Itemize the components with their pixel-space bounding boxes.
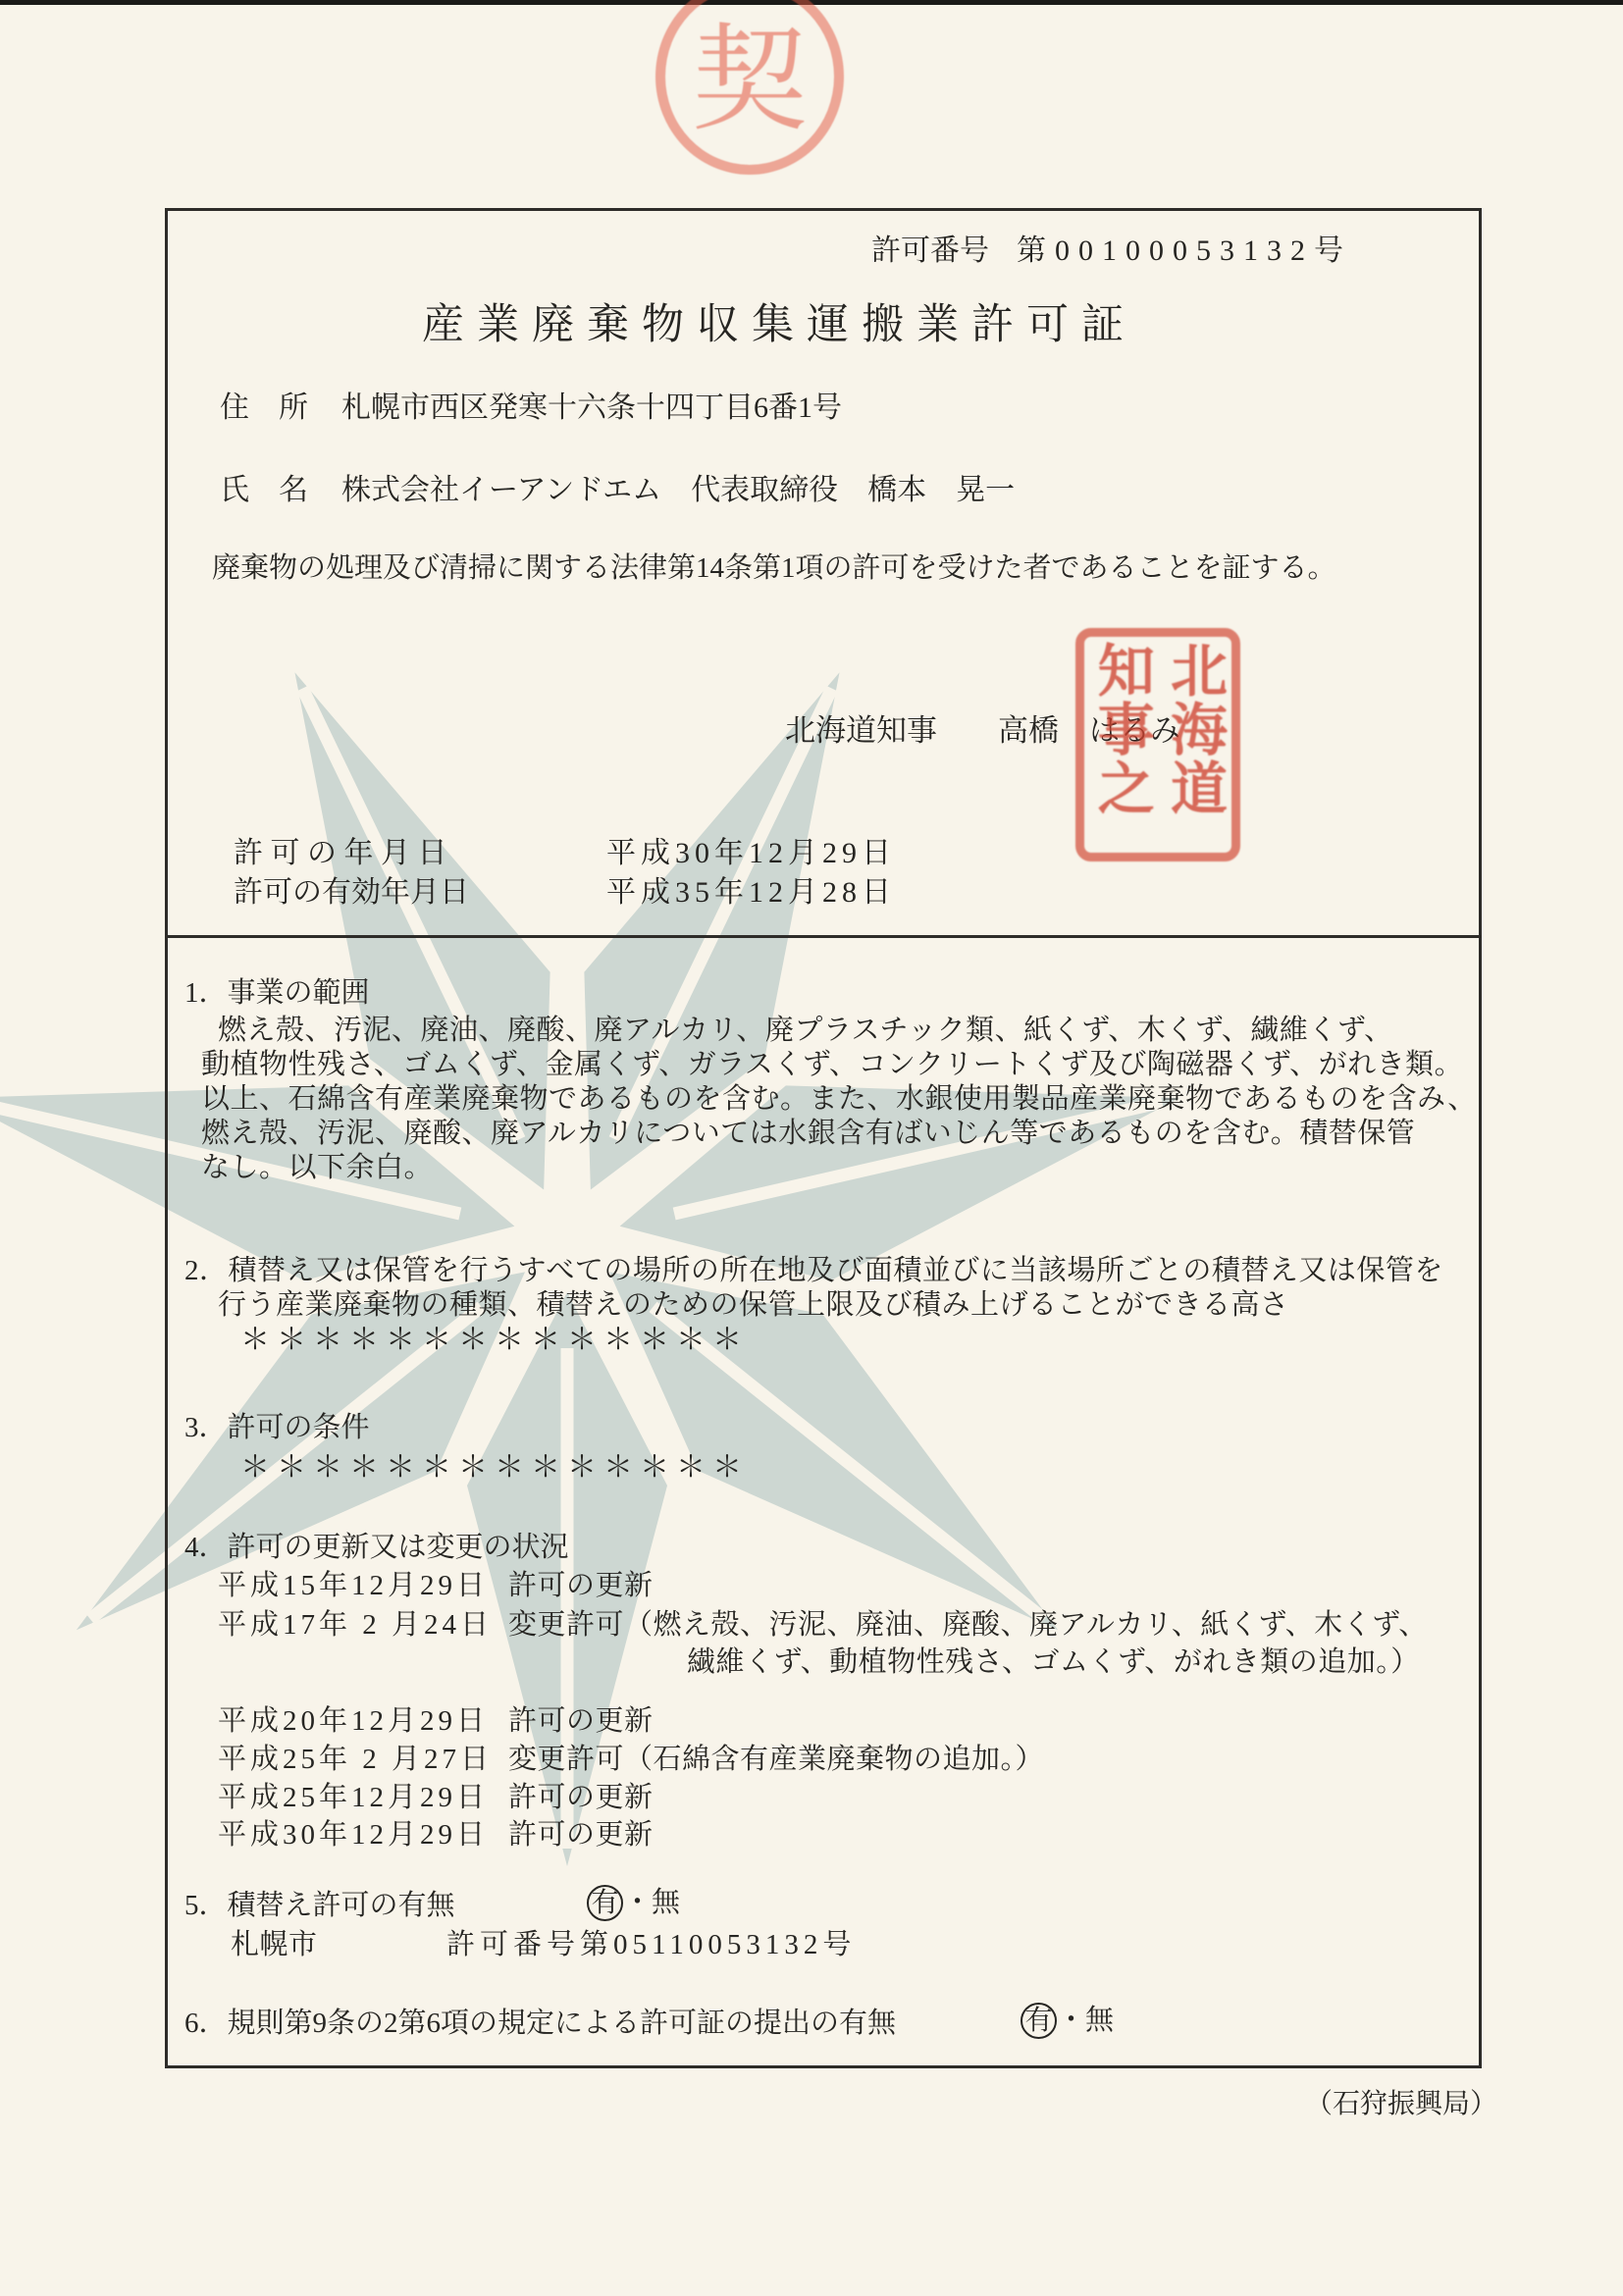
section2-line2: 行う産業廃棄物の種類、積替えのための保管上限及び積み上げることができる高さ — [218, 1288, 1289, 1323]
history-desc: 許可の更新 — [508, 1818, 654, 1852]
section1-line: 燃え殻、汚泥、廃酸、廃アルカリについては水銀含有ばいじん等であるものを含む。積替… — [201, 1117, 1415, 1151]
address-value: 札幌市西区発寒十六条十四丁目6番1号 — [341, 391, 842, 424]
no-option: 無 — [1085, 2004, 1114, 2038]
history-desc: 変更許可（燃え殻、汚泥、廃油、廃酸、廃アルカリ、紙くず、木くず、 — [508, 1608, 1428, 1643]
permit-document-page: 契 許可番号第00100053132号 産業廃棄物収集運搬業許可証 住 所札幌市… — [0, 0, 1623, 2296]
history-desc-continuation: 繊維くず、動植物性残さ、ゴムくず、がれき類の追加。） — [687, 1645, 1420, 1680]
history-date: 平成15年12月29日 — [218, 1569, 489, 1603]
issuing-office-note: （石狩振興局） — [1305, 2088, 1497, 2121]
section2-asterisks: ＊＊＊＊＊＊＊＊＊＊＊＊＊＊ — [240, 1323, 749, 1358]
yes-no-separator: ・ — [623, 1886, 652, 1920]
section1-line: 動植物性残さ、ゴムくず、金属くず、ガラスくず、コンクリートくず及び陶磁器くず、が… — [201, 1048, 1463, 1082]
expiry-date-label: 許可の有効年月日 — [234, 875, 469, 911]
red-round-stamp: 契 — [655, 0, 844, 175]
issue-date-label: 許 可 の 年 月 日 — [234, 836, 447, 871]
section1-line: 以上、石綿含有産業廃棄物であるものを含む。また、水銀使用製品産業廃棄物であるもの… — [201, 1082, 1477, 1117]
permit-number-label: 許可番号 — [871, 235, 989, 267]
section5-heading: 5．積替え許可の有無 — [184, 1889, 455, 1923]
expiry-date-value: 平成35年12月28日 — [606, 875, 896, 911]
name-label: 氏 名 — [220, 474, 308, 506]
stamp-glyph: 契 — [692, 0, 808, 153]
section5-city: 札幌市 — [231, 1928, 318, 1962]
section1-heading: 1．事業の範囲 — [184, 976, 370, 1011]
history-desc: 許可の更新 — [508, 1569, 654, 1603]
document-title: 産業廃棄物収集運搬業許可証 — [422, 300, 1136, 351]
issue-date-value: 平成30年12月29日 — [606, 836, 896, 871]
address-line: 住 所札幌市西区発寒十六条十四丁目6番1号 — [220, 391, 842, 426]
permit-number-value: 第00100053132号 — [1017, 235, 1352, 267]
history-desc: 変更許可（石綿含有産業廃棄物の追加。） — [508, 1743, 1044, 1777]
section6-yes-no: 有・無 — [1021, 2003, 1114, 2039]
history-desc: 許可の更新 — [508, 1704, 654, 1739]
address-label: 住 所 — [220, 391, 308, 424]
section3-asterisks: ＊＊＊＊＊＊＊＊＊＊＊＊＊＊ — [240, 1450, 749, 1486]
history-date: 平成30年12月29日 — [218, 1818, 489, 1852]
history-date: 平成25年 2 月27日 — [218, 1743, 493, 1777]
circled-yes: 有 — [1021, 2003, 1057, 2039]
history-date: 平成20年12月29日 — [218, 1704, 489, 1739]
section1-line: なし。以下余白。 — [201, 1151, 433, 1185]
permit-number-line: 許可番号第00100053132号 — [871, 234, 1352, 269]
name-value: 株式会社イーアンドエム 代表取締役 橋本 晃一 — [341, 474, 1015, 506]
section5-permit-number: 許可番号第05110053132号 — [446, 1928, 856, 1962]
yes-no-separator: ・ — [1057, 2004, 1085, 2038]
governor-red-seal: 北海道知事之印 — [1075, 628, 1240, 861]
section4-heading: 4．許可の更新又は変更の状況 — [184, 1531, 569, 1565]
history-desc: 許可の更新 — [508, 1781, 654, 1815]
history-date: 平成17年 2 月24日 — [218, 1608, 493, 1643]
history-date: 平成25年12月29日 — [218, 1781, 489, 1815]
name-line: 氏 名株式会社イーアンドエム 代表取締役 橋本 晃一 — [220, 473, 1015, 508]
certification-statement: 廃棄物の処理及び清掃に関する法律第14条第1項の許可を受けた者であることを証する… — [212, 551, 1336, 586]
circled-yes: 有 — [587, 1885, 623, 1921]
header-divider-line — [165, 935, 1482, 938]
section6-text: 6．規則第9条の2第6項の規定による許可証の提出の有無 — [184, 2007, 896, 2041]
section1-line: 燃え殻、汚泥、廃油、廃酸、廃アルカリ、廃プラスチック類、紙くず、木くず、繊維くず… — [218, 1014, 1393, 1048]
section5-yes-no: 有・無 — [587, 1885, 680, 1921]
section2-line1: 2．積替え又は保管を行うすべての場所の所在地及び面積並びに当該場所ごとの積替え又… — [184, 1254, 1443, 1288]
section3-heading: 3．許可の条件 — [184, 1411, 370, 1445]
seal-text: 北海道知事之印 — [1084, 637, 1231, 853]
no-option: 無 — [652, 1886, 680, 1920]
